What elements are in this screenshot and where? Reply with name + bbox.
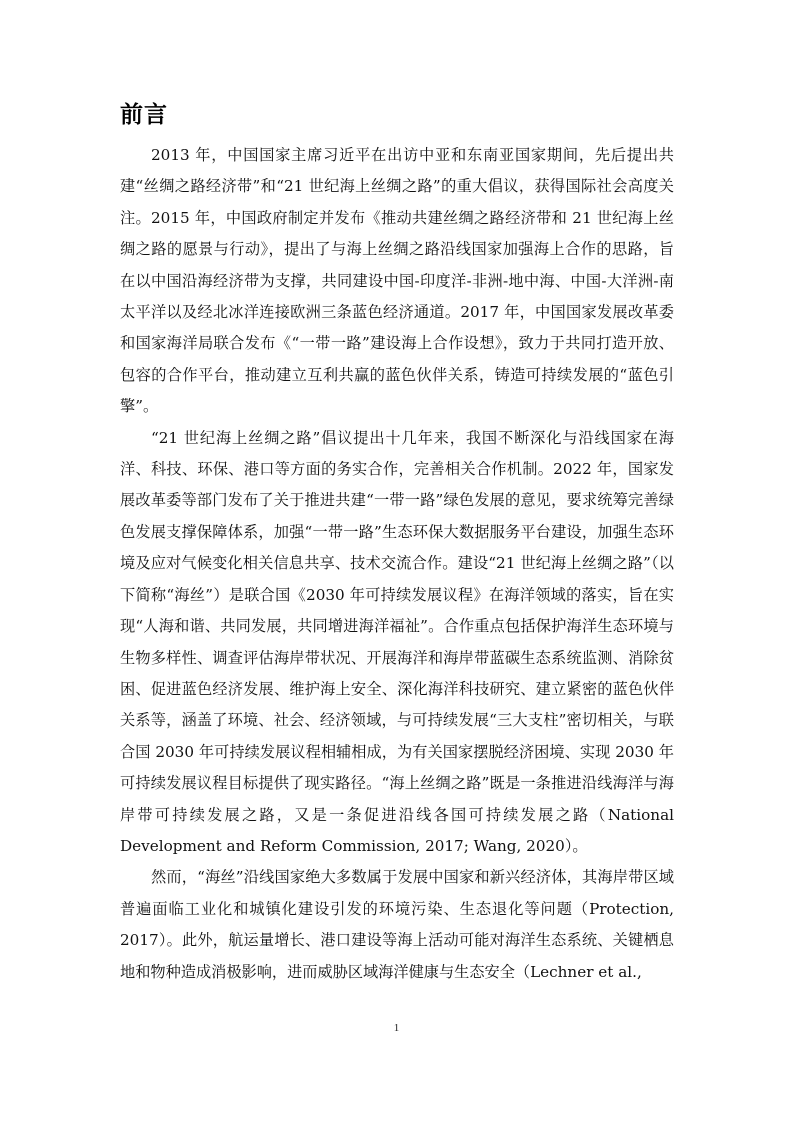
- page-title: 前言: [120, 100, 168, 130]
- document-page: 前言 2013 年，中国国家主席习近平在出访中亚和东南亚国家期间，先后提出共建“…: [0, 0, 793, 1122]
- paragraph-1: 2013 年，中国国家主席习近平在出访中亚和东南亚国家期间，先后提出共建“丝绸之…: [120, 140, 674, 423]
- paragraph-2: “21 世纪海上丝绸之路”倡议提出十几年来，我国不断深化与沿线国家在海洋、科技、…: [120, 423, 674, 863]
- page-number: 1: [0, 1022, 793, 1034]
- document-body: 2013 年，中国国家主席习近平在出访中亚和东南亚国家期间，先后提出共建“丝绸之…: [120, 140, 674, 988]
- paragraph-3: 然而，“海丝”沿线国家绝大多数属于发展中国家和新兴经济体，其海岸带区域普遍面临工…: [120, 862, 674, 988]
